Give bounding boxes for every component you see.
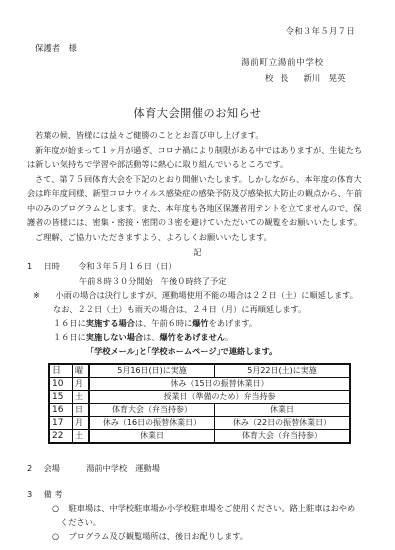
section-2-venue: 2 会場 湯前中学校 運動場 bbox=[27, 464, 160, 472]
section-3-remarks: 3 備 考 bbox=[27, 490, 63, 498]
paragraph-main: さて、第７５回体育大会を下記のとおり開催いたします。しかしながら、本年度の体育大… bbox=[27, 172, 369, 230]
cell-day: 16 bbox=[49, 404, 73, 417]
remark-text: 駐車場は、中学校駐車場か小学校駐車場をご使用ください。路上駐車はおやめ bbox=[69, 503, 356, 513]
table-row: 15 土 授業日（準備のため）弁当持参 bbox=[49, 391, 350, 404]
note-text: をあげます。 bbox=[209, 318, 257, 328]
cell-plan-a: 体育大会（弁当持参） bbox=[89, 404, 215, 417]
note-bold: 実施する場合 bbox=[86, 318, 135, 328]
note-bold: 爆竹 bbox=[192, 318, 208, 328]
rain-note-text: 小雨の場合は決行しますが、運動場使用不能の場合は２２日（土）に順延します。 bbox=[56, 290, 358, 300]
cell-merged: 休み（15日の振替休業日） bbox=[89, 378, 350, 391]
addressee: 保護者 様 bbox=[35, 44, 77, 52]
section-number: 2 bbox=[27, 464, 41, 472]
principal-name: 校 長 新川 晃英 bbox=[265, 74, 345, 82]
table-header-row: 日 曜 5月16日(日)に実施 5月22日(土)に実施 bbox=[49, 364, 350, 378]
note-mark: ※ bbox=[33, 291, 53, 299]
paragraph-greeting: 若葉の候、皆様には益々ご健勝のこととお喜び申し上げます。 bbox=[27, 128, 369, 143]
firework-note-held: １６日に実施する場合は、午前６時に爆竹をあげます。 bbox=[53, 319, 257, 327]
section-number: 1 bbox=[27, 262, 41, 270]
cell-day: 10 bbox=[49, 378, 73, 391]
cell-weekday: 土 bbox=[73, 430, 90, 444]
cell-weekday: 土 bbox=[73, 391, 90, 404]
remark-parking-cont: ください。 bbox=[60, 518, 101, 526]
bullet-circle-icon: ○ bbox=[52, 532, 66, 540]
firework-note-cancelled: １６日に実施しない場合は、爆竹をあげません。 bbox=[53, 333, 233, 341]
note-text: 。 bbox=[225, 332, 233, 342]
cell-weekday: 月 bbox=[73, 417, 90, 430]
cell-plan-b: 体育大会（弁当持参） bbox=[215, 430, 351, 444]
header-plan-b: 5月22日(土)に実施 bbox=[215, 364, 351, 378]
cell-day: 17 bbox=[49, 417, 73, 430]
table-row: 22 土 休業日 体育大会（弁当持参） bbox=[49, 430, 350, 444]
cell-day: 22 bbox=[49, 430, 73, 444]
cell-plan-a: 休み（16日の振替休業日） bbox=[89, 417, 215, 430]
schedule-table: 日 曜 5月16日(日)に実施 5月22日(土)に実施 10 月 休み（15日の… bbox=[48, 363, 351, 444]
note-text: １６日に bbox=[53, 332, 86, 342]
cell-merged: 授業日（準備のため）弁当持参 bbox=[89, 391, 350, 404]
rain-note-line2: なお、２２日（土）も雨天の場合は、２４日（月）に再順延します。 bbox=[53, 305, 306, 313]
ki-heading: 記 bbox=[0, 248, 395, 256]
cell-plan-b: 休業日 bbox=[215, 404, 351, 417]
contact-note: ｢学校メール｣と｢学校ホームページ｣で連絡します。 bbox=[90, 347, 277, 355]
rain-note-line1: ※ 小雨の場合は決行しますが、運動場使用不能の場合は２２日（土）に順延します。 bbox=[33, 291, 358, 299]
header-weekday: 曜 bbox=[73, 364, 90, 378]
document-date: 令和３年５月７日 bbox=[286, 27, 355, 35]
paragraph-intro: 新年度が始まって１ヶ月が過ぎ、コロナ禍により制限がある中ではありますが、生徒たち… bbox=[27, 143, 369, 172]
section-label: 会場 bbox=[44, 464, 84, 472]
table-row: 17 月 休み（16日の振替休業日） 休み（22日の振替休業日） bbox=[49, 417, 350, 430]
note-bold: 実施しない場合 bbox=[86, 332, 143, 342]
table-row: 10 月 休み（15日の振替休業日） bbox=[49, 378, 350, 391]
cell-weekday: 月 bbox=[73, 378, 90, 391]
note-text: は、午前６時に bbox=[135, 318, 192, 328]
document-title: 体育大会開催のお知らせ bbox=[0, 108, 395, 119]
header-day: 日 bbox=[49, 364, 73, 378]
cell-day: 15 bbox=[49, 391, 73, 404]
remark-parking: ○ 駐車場は、中学校駐車場か小学校駐車場をご使用ください。路上駐車はおやめ bbox=[52, 504, 355, 512]
event-date: 令和３年５月１６日（日） bbox=[78, 261, 176, 271]
cell-plan-a: 休業日 bbox=[89, 430, 215, 444]
venue-value: 湯前中学校 運動場 bbox=[86, 463, 160, 473]
section-label: 備 考 bbox=[44, 489, 63, 499]
cell-plan-b: 休み（22日の振替休業日） bbox=[215, 417, 351, 430]
cell-weekday: 日 bbox=[73, 404, 90, 417]
remark-text: プログラム及び観覧場所は、後日お配りします。 bbox=[69, 531, 248, 541]
header-plan-a: 5月16日(日)に実施 bbox=[89, 364, 215, 378]
section-1-datetime: 1 日時 令和３年５月１６日（日） bbox=[27, 262, 176, 270]
note-bold: 爆竹をあげません bbox=[159, 332, 225, 342]
table-row: 16 日 体育大会（弁当持参） 休業日 bbox=[49, 404, 350, 417]
section-label: 日時 bbox=[44, 262, 76, 270]
paragraph-closing: ご理解、ご協力いただきますよう、よろしくお願いいたします。 bbox=[27, 230, 369, 245]
event-time: 午前８時３０分開始 午後０時終了予定 bbox=[79, 277, 226, 285]
bullet-circle-icon: ○ bbox=[52, 504, 66, 512]
note-text: １６日に bbox=[53, 318, 86, 328]
remark-program: ○ プログラム及び観覧場所は、後日お配りします。 bbox=[52, 532, 248, 540]
school-name: 湯前町立湯前中学校 bbox=[241, 59, 324, 68]
body-text: 若葉の候、皆様には益々ご健勝のこととお喜び申し上げます。 新年度が始まって１ヶ月… bbox=[27, 128, 369, 244]
section-number: 3 bbox=[27, 490, 41, 498]
note-text: は、 bbox=[143, 332, 159, 342]
